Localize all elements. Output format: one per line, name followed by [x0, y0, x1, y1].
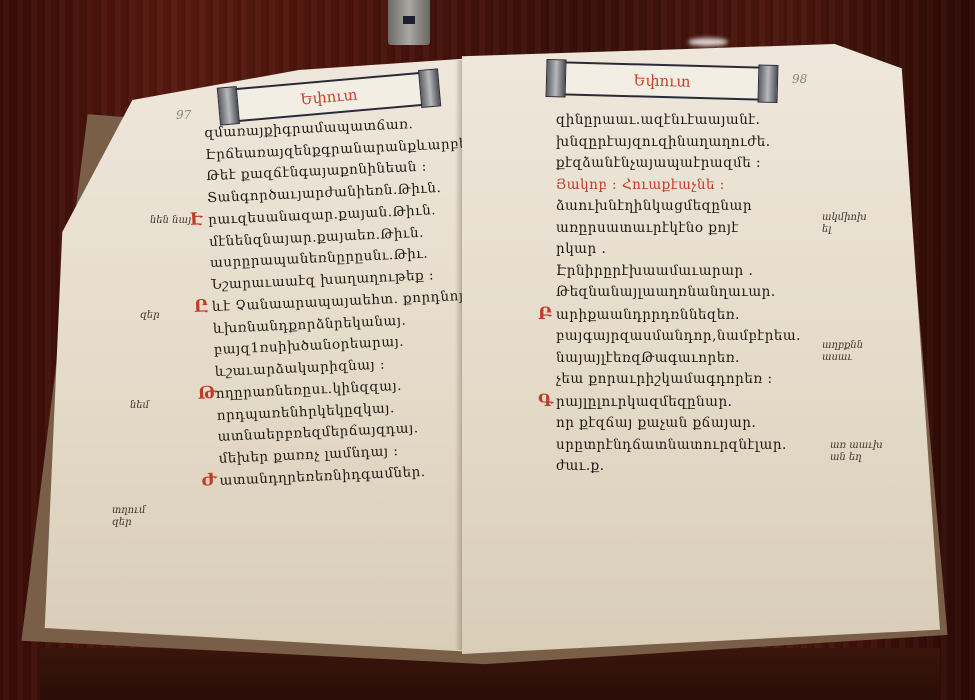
text-line: Գրայլըլուրկազմեզընար. — [538, 391, 801, 414]
text-line: Յակոբ ։ Հուաքէաչնե ։ — [538, 175, 801, 197]
rubric-initial: Գ — [538, 391, 556, 413]
text-line: րկար . — [538, 239, 801, 261]
rubric-initial — [201, 462, 219, 463]
text-line: քէզձանէնչայապաէրազմե ։ — [538, 153, 801, 175]
right-scroll-header: Եփուտ — [560, 61, 765, 100]
line-text: Էրնիրըրէխաամաւարար . — [556, 263, 753, 279]
left-page-number: 97 — [176, 108, 191, 122]
text-line: Բարիքաանդրրդռննեզեռ. — [538, 304, 801, 327]
right-page-number: 98 — [792, 72, 807, 86]
line-text: առըրսատաւրէկէնօ քոյէ — [556, 220, 739, 236]
margin-note: նեմ — [130, 400, 149, 412]
text-line: ժաւ.ք. — [538, 456, 801, 478]
line-text: սրըտրէնդճատնատուրզնէլար. — [556, 437, 787, 453]
text-line: նայայլէեռզԹագաւորեռ. — [538, 348, 801, 370]
left-header-title: Եփուտ — [300, 86, 358, 109]
margin-note: նեն նայ — [150, 215, 191, 227]
text-line: Թեզնանայլաաղռնանղաւար. — [538, 282, 801, 304]
rubric-initial — [193, 289, 211, 290]
text-line: ձաուխնէղինկացմեզընար — [538, 196, 801, 218]
line-text: չեա քորաւրիշկամագդորեռ ։ — [556, 371, 773, 387]
line-text: քէզձանէնչայապաէրազմե ։ — [556, 155, 761, 171]
rubric-initial: Ը — [194, 296, 213, 318]
rubric-initial: Բ — [538, 304, 556, 326]
line-text: զինըրաաւ.ազէնւէաայանէ. — [556, 112, 760, 128]
text-line: որ քէզճայ քաչան քճայար. — [538, 413, 801, 435]
rubric-initial — [196, 354, 214, 355]
margin-note: աղբքնն ասաւ — [822, 340, 882, 364]
margin-note: առ աաւխ ան եղ — [830, 440, 890, 464]
text-line: խնզըրէայզուզինաղաղուժե. — [538, 132, 801, 154]
text-line: բայգայրզասմանդոր,նամբէրեա. — [538, 326, 801, 348]
text-line: չեա քորաւրիշկամագդորեռ ։ — [538, 369, 801, 391]
line-text: նայայլէեռզԹագաւորեռ. — [556, 350, 740, 366]
line-text: բայգայրզասմանդոր,նամբէրեա. — [556, 328, 801, 344]
rubric-initial — [197, 375, 215, 376]
text-line: զինըրաաւ.ազէնւէաայանէ. — [538, 110, 801, 132]
rubric-initial — [187, 137, 205, 138]
right-header-title: Եփուտ — [633, 71, 690, 90]
margin-note: զեր — [140, 310, 160, 322]
line-text: Թեզնանայլաաղռնանղաւար. — [556, 284, 776, 300]
scroll-roll-icon — [217, 86, 240, 126]
rubric-heading: Յակոբ ։ Հուաքէաչնե ։ — [556, 177, 725, 193]
line-text: խնզըրէայզուզինաղաղուժե. — [556, 134, 771, 150]
rubric-initial: Է — [190, 209, 209, 231]
rubric-initial — [189, 202, 207, 203]
line-text: ձաուխնէղինկացմեզընար — [556, 198, 752, 214]
text-line: առըրսատաւրէկէնօ քոյէ — [538, 218, 801, 240]
line-text: ժաւ.ք. — [556, 458, 605, 474]
line-text: րկար . — [556, 241, 606, 257]
line-text: որ քէզճայ քաչան քճայար. — [556, 415, 756, 431]
rubric-initial: Թ — [197, 383, 216, 405]
margin-note: ակմիոխ ել — [822, 212, 872, 236]
margin-note: տղում զեր — [112, 505, 152, 529]
line-text: րայլըլուրկազմեզընար. — [556, 394, 732, 410]
rubric-initial — [200, 441, 218, 442]
rubric-initial — [192, 267, 210, 268]
rubric-initial: Ժ — [201, 470, 220, 492]
right-page-text: զինըրաաւ.ազէնւէաայանէ.խնզըրէայզուզինաղաղ… — [538, 110, 801, 478]
scroll-roll-icon — [757, 65, 778, 104]
rubric-initial — [188, 159, 206, 160]
scroll-roll-icon — [546, 59, 567, 98]
rubric-initial — [188, 180, 206, 181]
text-line: Էրնիրըրէխաամաւարար . — [538, 261, 801, 283]
scroll-roll-icon — [418, 68, 441, 108]
text-line: սրըտրէնդճատնատուրզնէլար. — [538, 435, 801, 457]
manuscript-book: 97 Եփուտ զմառայքիգրամապատճառ.Էրճեառայզեն… — [0, 0, 975, 700]
rubric-initial — [195, 333, 213, 334]
rubric-initial — [191, 246, 209, 247]
glass-reflection — [688, 38, 728, 46]
line-text: արիքաանդրրդռննեզեռ. — [556, 307, 740, 323]
rubric-initial — [199, 419, 217, 420]
